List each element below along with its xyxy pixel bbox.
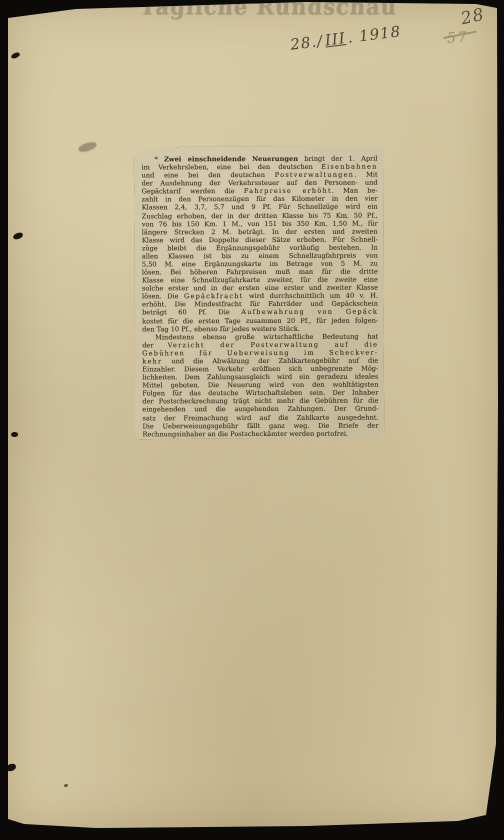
archive-number: 28 [459,5,486,29]
paper-speck [11,431,19,437]
pencil-number: 57 [446,29,469,46]
paper-speck [5,763,16,772]
paper-speck [12,232,23,240]
clipping-text: * Zwei einschneidende Neuerungen bringt … [142,155,379,439]
paper-speck [64,784,68,787]
masthead-stamp: Tägliche Rundschau [139,0,380,20]
newspaper-clipping: * Zwei einschneidende Neuerungen bringt … [133,146,384,440]
text-line: Rechnungsinhaber an die Postscheckämter … [142,429,378,438]
text-line: eingehenden und die ausgehenden Zahlunge… [142,405,378,414]
handwritten-date: 28./III. 1918 [289,22,402,53]
text-segment: der [142,341,168,349]
text-line: kostet für die ersten Tage zusammen 20 P… [142,316,378,325]
text-line: Klassen 2,4, 3,7, 5,7 und 9 Pf. Für Schn… [142,203,378,212]
scan-background: Tägliche Rundschau 28./III. 1918 28 57 *… [0,0,504,840]
text-segment: beträgt 60 Pf. Die [142,309,241,317]
text-line: Zuschlag erhoben, der in der dritten Kla… [142,211,378,220]
date-year: . 1918 [347,22,403,46]
paper-sheet: Tägliche Rundschau 28./III. 1918 28 57 *… [6,2,498,828]
paper-speck [10,52,20,60]
date-day: 28./ [289,32,324,54]
text-segment: bringt der 1. April [298,155,378,163]
ink-smudge [77,140,98,153]
date-month: III [322,29,349,50]
letterspaced-phrase: kehr [142,357,162,365]
text-line: beträgt 60 Pf. Die Aufbewahrung von Gepä… [142,308,378,317]
text-line: satz der Freimachung wird auf die Zahlka… [142,413,378,422]
text-segment: * [155,155,165,163]
letterspaced-phrase: Aufbewahrung von Gepäck [241,308,378,316]
